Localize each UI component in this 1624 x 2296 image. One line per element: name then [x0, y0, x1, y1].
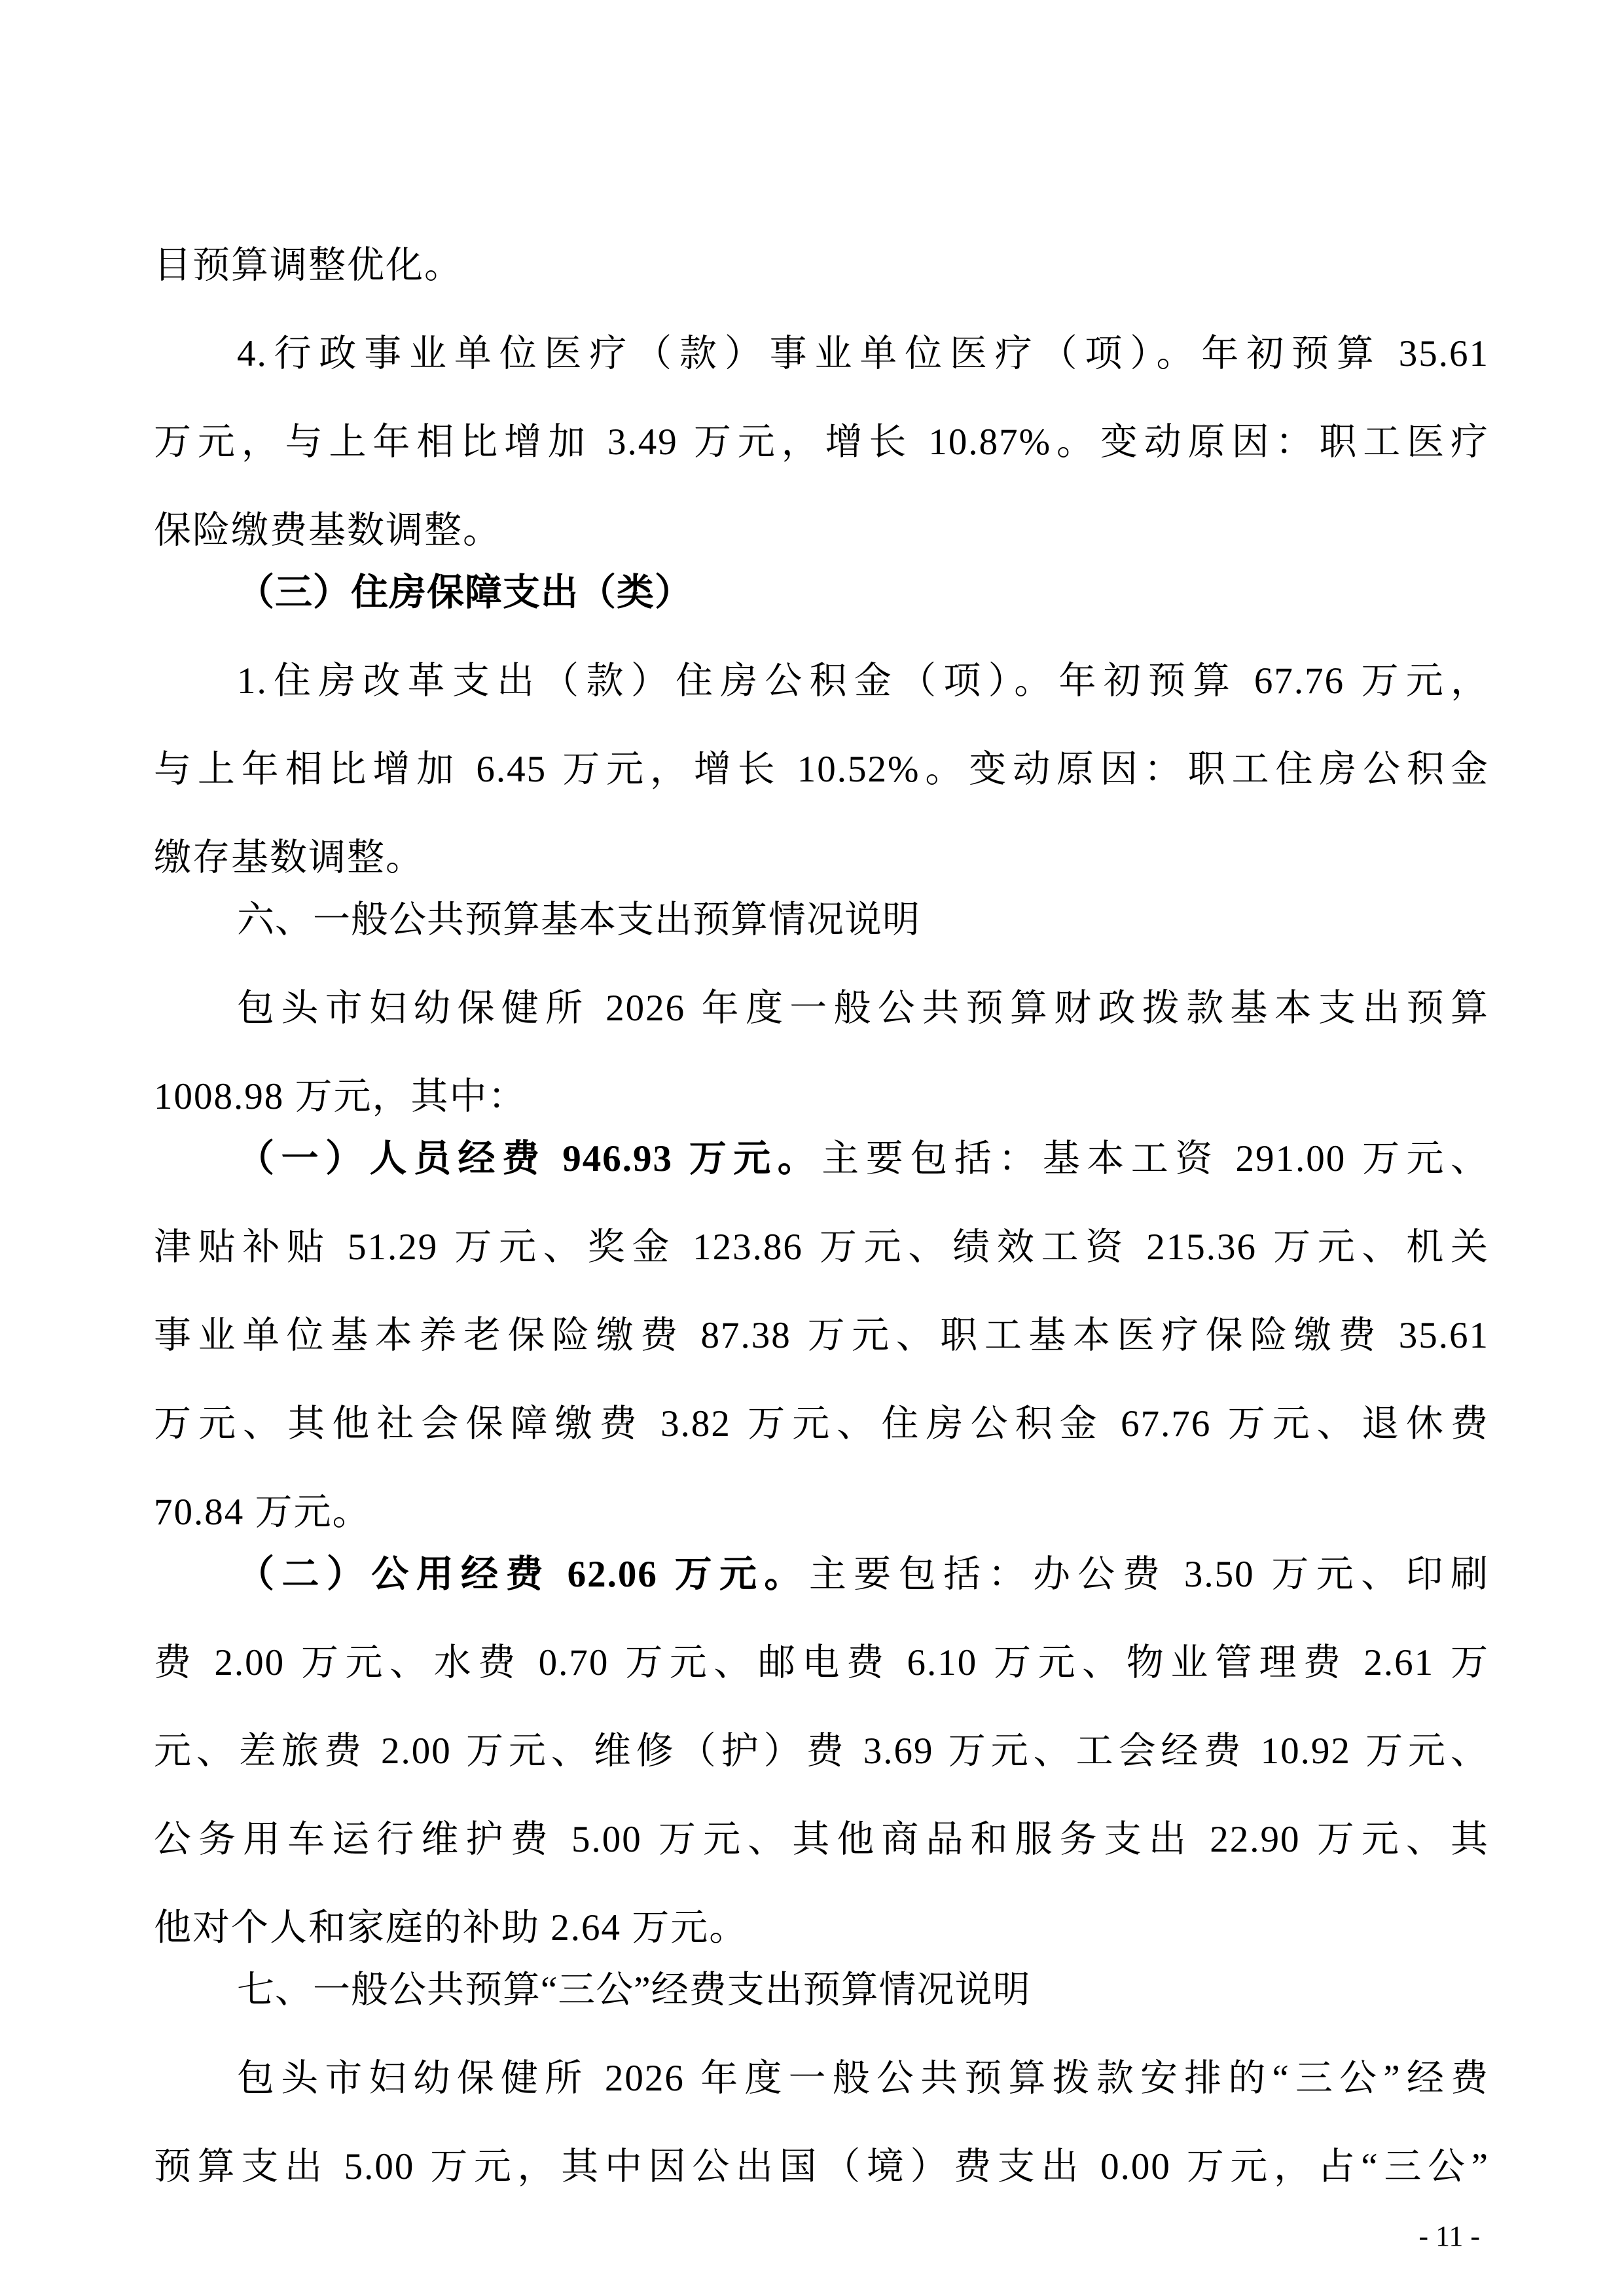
public-detail: 主要包括：办公费 3.50 万元、印刷: [809, 1554, 1489, 1595]
page-number: - 11 -: [1418, 2220, 1480, 2253]
paragraph-basic-expenditure-line-2: 1008.98 万元，其中：: [154, 1071, 1489, 1123]
paragraph-personnel-line-3: 事业单位基本养老保险缴费 87.38 万元、职工基本医疗保险缴费 35.61: [154, 1310, 1489, 1362]
paragraph-item-4-line-3: 保险缴费基数调整。: [154, 505, 1489, 557]
document-page: 目预算调整优化。 4.行政事业单位医疗（款）事业单位医疗（项）。年初预算 35.…: [0, 0, 1624, 2296]
paragraph-public-line-3: 元、差旅费 2.00 万元、维修（护）费 3.69 万元、工会经费 10.92 …: [154, 1725, 1489, 1778]
paragraph-public-line-5: 他对个人和家庭的补助 2.64 万元。: [154, 1902, 1489, 1954]
paragraph-three-public-line-2: 预算支出 5.00 万元，其中因公出国（境）费支出 0.00 万元，占“三公”: [154, 2141, 1489, 2193]
paragraph-public-line-4: 公务用车运行维护费 5.00 万元、其他商品和服务支出 22.90 万元、其: [154, 1814, 1489, 1866]
personnel-amount: 946.93 万元。: [562, 1138, 821, 1179]
paragraph-public-line-2: 费 2.00 万元、水费 0.70 万元、邮电费 6.10 万元、物业管理费 2…: [154, 1637, 1489, 1689]
paragraph-basic-expenditure-line-1: 包头市妇幼保健所 2026 年度一般公共预算财政拨款基本支出预算: [237, 982, 1489, 1035]
section-heading-6: 六、一般公共预算基本支出预算情况说明: [237, 894, 1489, 946]
paragraph-continuation: 目预算调整优化。: [154, 240, 1489, 292]
paragraph-three-public-line-1: 包头市妇幼保健所 2026 年度一般公共预算拨款安排的“三公”经费: [237, 2053, 1489, 2105]
paragraph-personnel-line-2: 津贴补贴 51.29 万元、奖金 123.86 万元、绩效工资 215.36 万…: [154, 1221, 1489, 1274]
paragraph-personnel-line-4: 万元、其他社会保障缴费 3.82 万元、住房公积金 67.76 万元、退休费: [154, 1398, 1489, 1450]
paragraph-housing-line-1: 1.住房改革支出（款）住房公积金（项）。年初预算 67.76 万元，: [237, 655, 1489, 708]
paragraph-housing-line-2: 与上年相比增加 6.45 万元，增长 10.52%。变动原因：职工住房公积金: [154, 744, 1489, 796]
public-amount: 62.06 万元。: [568, 1554, 809, 1595]
paragraph-public-line-1: （二）公用经费 62.06 万元。主要包括：办公费 3.50 万元、印刷: [237, 1549, 1489, 1601]
paragraph-personnel-line-5: 70.84 万元。: [154, 1486, 1489, 1539]
personnel-heading: （一）人员经费: [237, 1138, 562, 1179]
paragraph-item-4-line-2: 万元，与上年相比增加 3.49 万元，增长 10.87%。变动原因：职工医疗: [154, 416, 1489, 469]
paragraph-personnel-line-1: （一）人员经费 946.93 万元。主要包括：基本工资 291.00 万元、: [237, 1133, 1489, 1185]
paragraph-item-4-line-1: 4.行政事业单位医疗（款）事业单位医疗（项）。年初预算 35.61: [237, 328, 1489, 380]
section-heading-housing: （三）住房保障支出（类）: [237, 567, 1489, 619]
public-heading: （二）公用经费: [237, 1554, 568, 1595]
paragraph-housing-line-3: 缴存基数调整。: [154, 832, 1489, 884]
section-heading-7: 七、一般公共预算“三公”经费支出预算情况说明: [237, 1964, 1489, 2017]
personnel-detail: 主要包括：基本工资 291.00 万元、: [821, 1138, 1489, 1179]
